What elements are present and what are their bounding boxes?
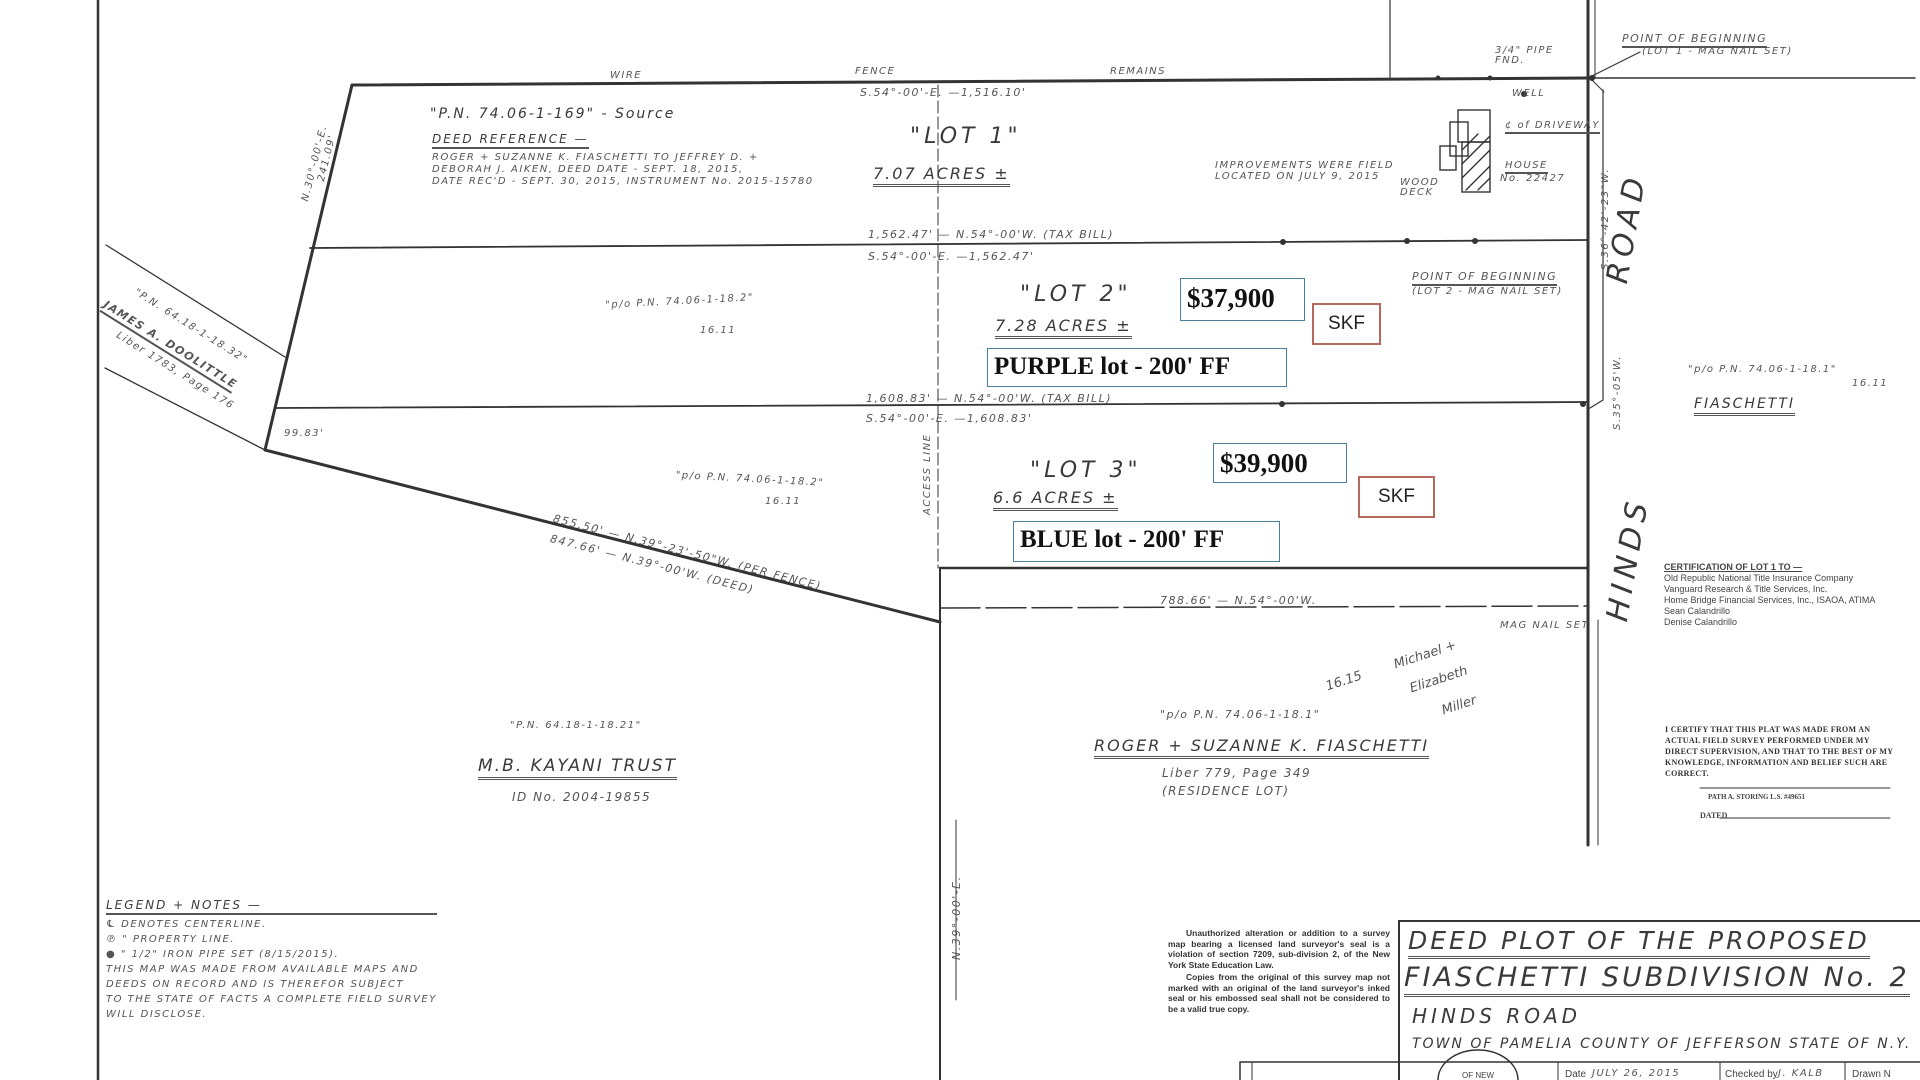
driveway-label: ¢ of DRIVEWAY (1505, 120, 1600, 134)
roger-residence: (RESIDENCE LOT) (1162, 784, 1290, 798)
access-line-label: ACCESS LINE (922, 434, 933, 515)
legend-note-line: WILL DISCLOSE. (106, 1009, 437, 1020)
house-number: No. 22427 (1500, 173, 1565, 184)
roger-liber: Liber 779, Page 349 (1162, 766, 1311, 780)
right-parcel: "p/o P.N. 74.06-1-18.1" (1688, 364, 1837, 375)
certification-line: Denise Calandrillo (1664, 617, 1875, 628)
top-line-label-fence: FENCE (855, 66, 895, 77)
house-label: HOUSE (1505, 160, 1548, 174)
pob1-sub: (LOT 1 - MAG NAIL SET) (1642, 46, 1793, 57)
certification-block: CERTIFICATION OF LOT 1 TO — Old Republic… (1664, 562, 1875, 628)
lot1-2-line-bottom: S.54°-00'-E. —1,562.47' (868, 250, 1034, 263)
lot2-initials-box[interactable]: SKF (1312, 303, 1381, 345)
legend-item: ● " 1/2" IRON PIPE SET (8/15/2015). (106, 949, 437, 960)
lot3-color-label-box[interactable]: BLUE lot - 200' FF (1013, 521, 1280, 562)
road-bearing-2: S.35°-05'W. (1612, 355, 1623, 430)
pob2-title: POINT OF BEGINNING (1412, 270, 1557, 286)
certification-line: Sean Calandrillo (1664, 606, 1875, 617)
title-block: DEED PLOT OF THE PROPOSED FIASCHETTI SUB… (1398, 920, 1920, 1080)
disclaimer: Unauthorized alteration or addition to a… (1168, 928, 1390, 1014)
deed-reference-line: DATE REC'D - SEPT. 30, 2015, INSTRUMENT … (432, 176, 814, 187)
drawn-label: Drawn N (1852, 1069, 1891, 1080)
kayani-name: M.B. KAYANI TRUST (478, 756, 677, 780)
title-line-1: DEED PLOT OF THE PROPOSED (1408, 926, 1870, 959)
right-owner-name: FIASCHETTI (1694, 396, 1795, 416)
checked-label: Checked by (1725, 1069, 1778, 1080)
mag-nail-set: MAG NAIL SET (1500, 620, 1589, 631)
wood-deck-label: WOOD DECK (1400, 178, 1440, 198)
kayani-id: ID No. 2004-19855 (512, 790, 651, 804)
pipe-found-label: 3/4" PIPE FND. (1495, 46, 1555, 66)
lot2-parcel-sub: 16.11 (700, 325, 736, 336)
dated-label: DATED (1700, 810, 1727, 821)
lot2-price-box[interactable]: $37,900 (1180, 278, 1305, 321)
certification-title: CERTIFICATION OF LOT 1 TO — (1664, 562, 1875, 573)
title-line-2: FIASCHETTI SUBDIVISION No. 2 (1404, 962, 1910, 997)
deed-reference-line: ROGER + SUZANNE K. FIASCHETTI TO JEFFREY… (432, 152, 759, 163)
lot1-acres: 7.07 ACRES ± (873, 164, 1010, 187)
top-line-bearing: S.54°-00'-E. —1,516.10' (860, 86, 1026, 99)
certification-line: Vanguard Research & Title Services, Inc. (1664, 584, 1875, 595)
pob2-sub: (LOT 2 - MAG NAIL SET) (1412, 286, 1563, 297)
right-parcel-sub: 16.11 (1852, 378, 1888, 389)
surveyor-signer: PATH A. STORING L.S. #49651 (1708, 792, 1805, 803)
date-label: Date (1565, 1069, 1586, 1080)
top-line-label-remains: REMAINS (1110, 66, 1166, 77)
deed-reference-line: DEBORAH J. AIKEN, DEED DATE - SEPT. 18, … (432, 164, 744, 175)
legend-note-line: THIS MAP WAS MADE FROM AVAILABLE MAPS AN… (106, 964, 437, 975)
improvements-note: IMPROVEMENTS WERE FIELD LOCATED ON JULY … (1215, 160, 1415, 182)
title-location: TOWN OF PAMELIA COUNTY OF JEFFERSON STAT… (1412, 1036, 1911, 1052)
lot3-parcel-sub: 16.11 (765, 496, 801, 507)
date-value: JULY 26, 2015 (1592, 1068, 1680, 1079)
disclaimer-p2: Copies from the original of this survey … (1168, 972, 1390, 1014)
well-label: WELL (1512, 88, 1545, 99)
source-parcel-number: "P.N. 74.06-1-169" - Source (430, 106, 675, 122)
lot2-name: "LOT 2" (1020, 282, 1132, 307)
legend-item: ℗ " PROPERTY LINE. (106, 934, 437, 945)
lot2-color-label-box[interactable]: PURPLE lot - 200' FF (987, 348, 1287, 387)
lot2-3-line-top: 1,608.83' — N.54°-00'W. (TAX BILL) (866, 392, 1112, 405)
title-road: HINDS ROAD (1412, 1004, 1581, 1028)
vertical-bearing: N.39°-00'-E. (950, 875, 963, 960)
lot2-3-line-bottom: S.54°-00'-E. —1,608.83' (866, 412, 1032, 425)
legend-title: LEGEND + NOTES — (106, 898, 437, 915)
legend-note-line: TO THE STATE OF FACTS A COMPLETE FIELD S… (106, 994, 437, 1005)
legend: LEGEND + NOTES — ℄ DENOTES CENTERLINE. ℗… (106, 898, 437, 1020)
left-side-distance-2: 99.83' (284, 428, 324, 439)
roger-name: ROGER + SUZANNE K. FIASCHETTI (1094, 736, 1429, 759)
top-line-label-wire: WIRE (610, 70, 642, 81)
lot2-acres: 7.28 ACRES ± (995, 316, 1132, 339)
certification-line: Old Republic National Title Insurance Co… (1664, 573, 1875, 584)
roger-parcel: "p/o P.N. 74.06-1-18.1" (1160, 708, 1320, 721)
checked-value: J. KALB (1778, 1068, 1824, 1079)
lot3-name: "LOT 3" (1030, 458, 1142, 483)
residence-line-bearing: 788.66' — N.54°-00'W. (1160, 594, 1317, 607)
kayani-parcel: "P.N. 64.18-1-18.21" (510, 720, 642, 731)
surveyor-statement: I CERTIFY THAT THIS PLAT WAS MADE FROM A… (1665, 724, 1895, 779)
disclaimer-p1: Unauthorized alteration or addition to a… (1168, 928, 1390, 970)
legend-item: ℄ DENOTES CENTERLINE. (106, 919, 437, 930)
lot1-2-line-top: 1,562.47' — N.54°-00'W. (TAX BILL) (868, 228, 1114, 241)
lot3-price-box[interactable]: $39,900 (1213, 443, 1347, 483)
lot3-initials-box[interactable]: SKF (1358, 476, 1435, 518)
certification-line: Home Bridge Financial Services, Inc., IS… (1664, 595, 1875, 606)
lot1-name: "LOT 1" (910, 124, 1022, 149)
road-bearing-1: S.36°-42'-23"W. (1600, 168, 1611, 270)
lot3-acres: 6.6 ACRES ± (993, 488, 1118, 511)
deed-reference-title: DEED REFERENCE — (432, 132, 589, 149)
seal-text: OF NEW (1462, 1070, 1494, 1080)
legend-note-line: DEEDS ON RECORD AND IS THEREFOR SUBJECT (106, 979, 437, 990)
